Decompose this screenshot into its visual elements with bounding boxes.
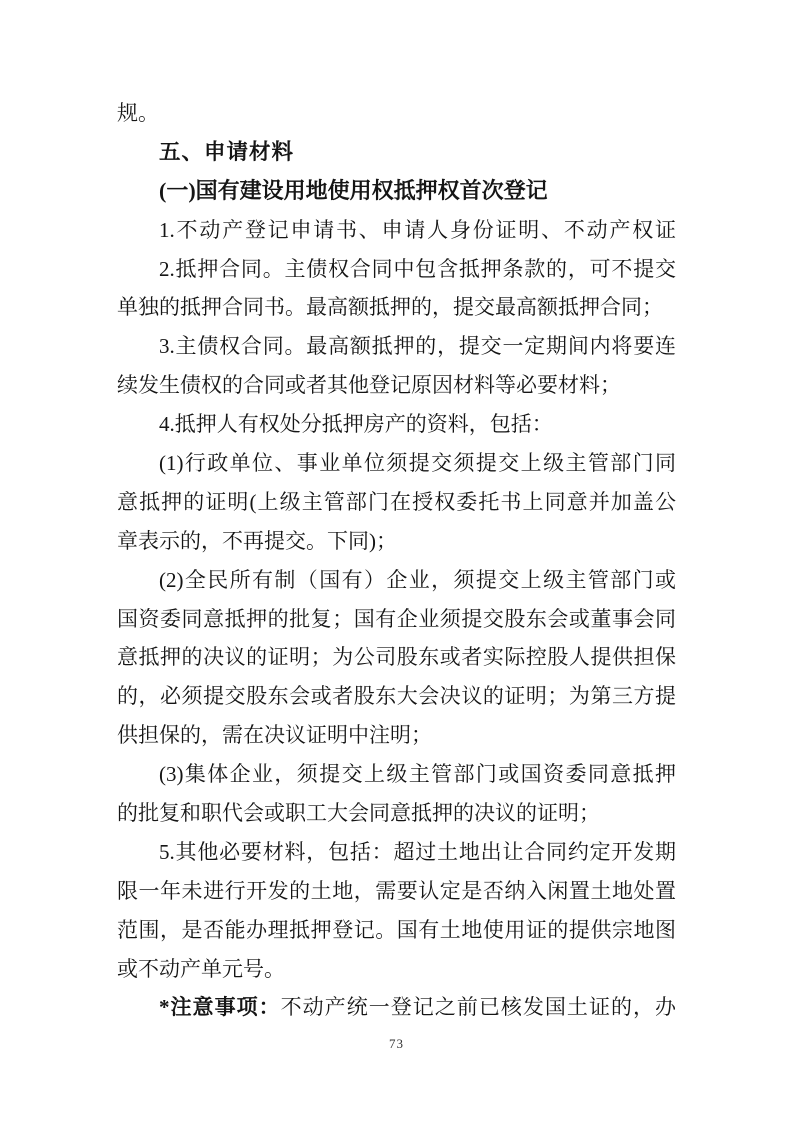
- page-number: 73: [0, 1036, 793, 1052]
- document-page: 规。 五、申请材料 (一)国有建设用地使用权抵押权首次登记 1.不动产登记申请书…: [0, 0, 793, 1122]
- body-text-line: 或不动产单元号。: [117, 950, 676, 989]
- body-text-line: 的批复和职代会或职工大会同意抵押的决议的证明；: [117, 794, 676, 833]
- document-body: 规。 五、申请材料 (一)国有建设用地使用权抵押权首次登记 1.不动产登记申请书…: [117, 94, 676, 1027]
- body-text-line: 1.不动产登记申请书、申请人身份证明、不动产权证书；: [117, 211, 676, 250]
- body-text-line: (1)行政单位、事业单位须提交须提交上级主管部门同: [117, 444, 676, 483]
- body-text-line: 规。: [117, 94, 676, 133]
- body-text-line: 4.抵押人有权处分抵押房产的资料，包括：: [117, 405, 676, 444]
- body-text-line: 章表示的，不再提交。下同)；: [117, 522, 676, 561]
- body-text-line: 2.抵押合同。主债权合同中包含抵押条款的，可不提交: [117, 250, 676, 289]
- body-text-line: 单独的抵押合同书。最高额抵押的，提交最高额抵押合同；: [117, 288, 676, 327]
- body-text-line: 意抵押的决议的证明；为公司股东或者实际控股人提供担保: [117, 638, 676, 677]
- note-text: 不动产统一登记之前已核发国土证的，办: [281, 995, 676, 1019]
- body-text-line: 供担保的，需在决议证明中注明；: [117, 716, 676, 755]
- body-text-line: 限一年未进行开发的土地，需要认定是否纳入闲置土地处置: [117, 872, 676, 911]
- body-text-line: 范围，是否能办理抵押登记。国有土地使用证的提供宗地图: [117, 911, 676, 950]
- body-text-line: (2)全民所有制（国有）企业，须提交上级主管部门或: [117, 561, 676, 600]
- note-line: *注意事项：不动产统一登记之前已核发国土证的，办: [117, 988, 676, 1027]
- body-text-line: 的，必须提交股东会或者股东大会决议的证明；为第三方提: [117, 677, 676, 716]
- body-text-line: 3.主债权合同。最高额抵押的，提交一定期间内将要连: [117, 327, 676, 366]
- section-heading: 五、申请材料: [117, 133, 676, 172]
- body-text-line: 续发生债权的合同或者其他登记原因材料等必要材料；: [117, 366, 676, 405]
- subsection-heading: (一)国有建设用地使用权抵押权首次登记: [117, 172, 676, 211]
- body-text-line: 国资委同意抵押的批复；国有企业须提交股东会或董事会同: [117, 600, 676, 639]
- body-text-line: (3)集体企业，须提交上级主管部门或国资委同意抵押: [117, 755, 676, 794]
- body-text-line: 5.其他必要材料，包括：超过土地出让合同约定开发期: [117, 833, 676, 872]
- note-label: *注意事项：: [159, 995, 281, 1019]
- body-text-line: 意抵押的证明(上级主管部门在授权委托书上同意并加盖公: [117, 483, 676, 522]
